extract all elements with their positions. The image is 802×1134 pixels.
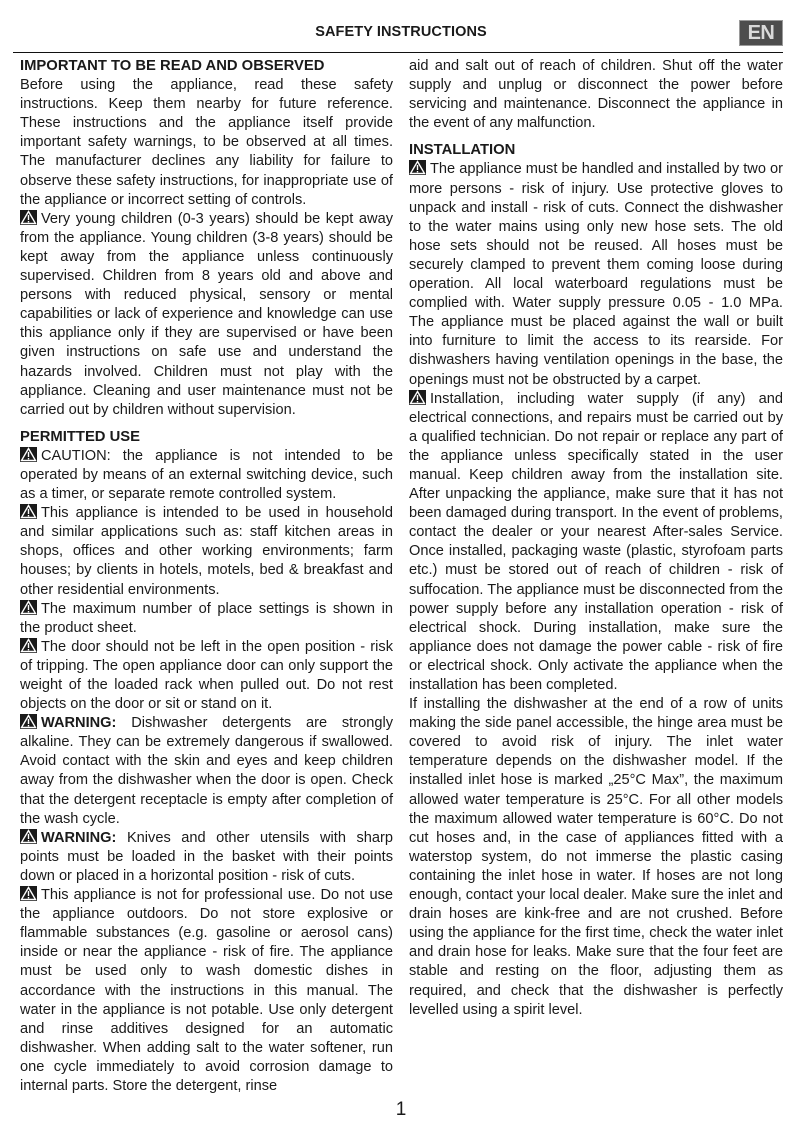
children-warning-text: Very young children (0-3 years) should b… (20, 211, 393, 418)
permitted-use-item: This appliance is intended to be used in… (20, 504, 393, 599)
permitted-use-item: The maximum number of place settings is … (20, 600, 393, 638)
continuation-paragraph: aid and salt out of reach of children. S… (409, 57, 783, 133)
item-text: This appliance is not for professional u… (20, 887, 393, 1094)
warning-triangle-icon (20, 886, 37, 901)
section-heading-important: IMPORTANT TO BE READ AND OBSERVED (20, 57, 393, 76)
warning-triangle-icon (20, 829, 37, 844)
section-heading-permitted-use: PERMITTED USE (20, 428, 393, 447)
left-column: IMPORTANT TO BE READ AND OBSERVED Before… (20, 57, 393, 1096)
item-text: The door should not be left in the open … (20, 639, 393, 712)
installation-item: Installation, including water supply (if… (409, 390, 783, 696)
item-text: Dishwasher detergents are strongly alkal… (20, 715, 393, 826)
item-text: CAUTION: the appliance is not intended t… (20, 448, 393, 502)
permitted-use-item: WARNING: Knives and other utensils with … (20, 829, 393, 886)
item-text: The maximum number of place settings is … (20, 601, 393, 636)
warning-triangle-icon (409, 390, 426, 405)
important-paragraph: Before using the appliance, read these s… (20, 76, 393, 210)
right-column: aid and salt out of reach of children. S… (409, 57, 783, 1020)
installation-item: The appliance must be handled and instal… (409, 160, 783, 389)
installation-item: If installing the dishwasher at the end … (409, 695, 783, 1020)
warning-label: WARNING: (41, 715, 116, 731)
page-title: SAFETY INSTRUCTIONS (0, 24, 802, 40)
header-divider (13, 52, 783, 53)
item-text: Installation, including water supply (if… (409, 391, 783, 693)
warning-label: WARNING: (41, 830, 116, 846)
warning-triangle-icon (20, 504, 37, 519)
warning-triangle-icon (20, 714, 37, 729)
language-badge: EN (739, 20, 783, 46)
item-text: This appliance is intended to be used in… (20, 505, 393, 597)
permitted-use-item: WARNING: Dishwasher detergents are stron… (20, 714, 393, 829)
warning-triangle-icon (20, 447, 37, 462)
warning-triangle-icon (409, 160, 426, 175)
warning-triangle-icon (20, 638, 37, 653)
permitted-use-item: The door should not be left in the open … (20, 638, 393, 714)
page-number: 1 (0, 1099, 802, 1121)
permitted-use-item: This appliance is not for professional u… (20, 886, 393, 1096)
warning-triangle-icon (20, 210, 37, 225)
section-heading-installation: INSTALLATION (409, 141, 783, 160)
item-text: The appliance must be handled and instal… (409, 161, 783, 387)
permitted-use-item: CAUTION: the appliance is not intended t… (20, 447, 393, 504)
children-warning-paragraph: Very young children (0-3 years) should b… (20, 210, 393, 420)
warning-triangle-icon (20, 600, 37, 615)
